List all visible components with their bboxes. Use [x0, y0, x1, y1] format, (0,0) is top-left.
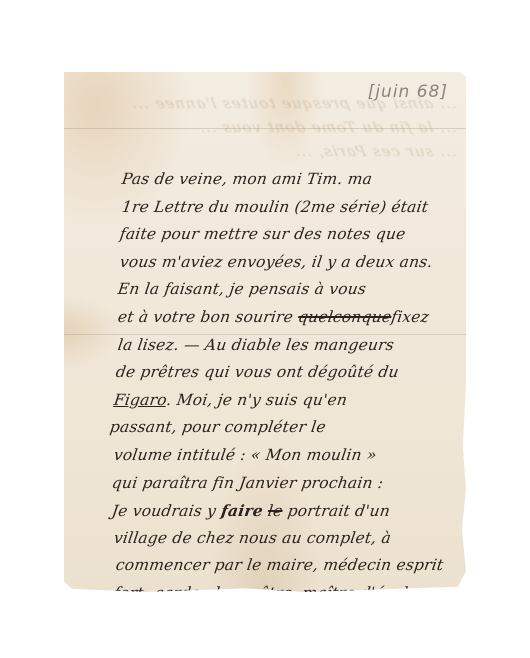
handwritten-line: commencer par le maire, médecin esprit [115, 556, 445, 574]
paper-fold-line [64, 334, 466, 335]
text-segment: 1re Lettre du moulin (2me série) était [121, 198, 430, 216]
handwritten-line: Figaro. Moi, je n'y suis qu'en [113, 391, 349, 409]
handwritten-line: de prêtres qui vous ont dégoûté du [115, 363, 400, 381]
text-segment: Je voudrais y [111, 502, 223, 520]
handwritten-line: fort, garde-champêtre, maître d'école, [113, 584, 424, 602]
text-segment: commencer par le maire, médecin esprit [115, 556, 445, 574]
handwritten-line: la lisez. — Au diable les mangeurs [117, 336, 396, 354]
text-segment: vous m'aviez envoyées, il y a deux ans. [119, 253, 434, 271]
text-segment: de prêtres qui vous ont dégoûté du [115, 363, 400, 381]
text-segment: fixez [390, 308, 430, 326]
text-strike: quelconque [297, 308, 393, 326]
handwritten-line: vous m'aviez envoyées, il y a deux ans. [119, 253, 434, 271]
handwritten-line: volume intitulé : « Mon moulin » [113, 446, 378, 464]
text-segment: passant, pour compléter le [109, 418, 327, 436]
handwritten-line: qui paraîtra fin Janvier prochain : [111, 474, 385, 492]
text-segment: portrait d'un [281, 502, 391, 520]
handwritten-line: passant, pour compléter le [109, 418, 327, 436]
text-segment: village de chez nous au complet, à [113, 529, 393, 547]
handwritten-line: et à votre bon sourire quelconquefixez [117, 308, 431, 326]
handwritten-line: En la faisant, je pensais à vous [117, 280, 368, 298]
text-segment: qui paraîtra fin Janvier prochain : [111, 474, 385, 492]
bleed-through-text: ... sur ces Paris, ... [78, 142, 458, 160]
text-segment: et à votre bon sourire [117, 308, 300, 326]
text-underline: Figaro [113, 391, 168, 409]
letter-page: ... ainsi que presque toutes l'annee ...… [64, 72, 466, 592]
pencil-date-annotation: [juin 68] [368, 82, 448, 102]
text-segment: En la faisant, je pensais à vous [117, 280, 368, 298]
text-bold: faire [220, 501, 264, 520]
handwritten-line: Pas de veine, mon ami Tim. ma [121, 170, 374, 188]
text-segment: volume intitulé : « Mon moulin » [113, 446, 378, 464]
bleed-through-text: ... la fin du Tome dont vous ... [78, 118, 458, 136]
text-segment: la lisez. — Au diable les mangeurs [117, 336, 396, 354]
text-segment: . Moi, je n'y suis qu'en [165, 391, 348, 409]
text-segment: Pas de veine, mon ami Tim. ma [121, 170, 374, 188]
handwritten-line: Je voudrais y faire le portrait d'un [111, 501, 392, 520]
handwritten-line: 1re Lettre du moulin (2me série) était [121, 198, 430, 216]
handwritten-line: faite pour mettre sur des notes que [119, 225, 407, 243]
text-segment: fort, garde-champêtre, maître d'école, [113, 584, 424, 602]
handwritten-line: village de chez nous au complet, à [113, 529, 393, 547]
text-segment: faite pour mettre sur des notes que [119, 225, 407, 243]
